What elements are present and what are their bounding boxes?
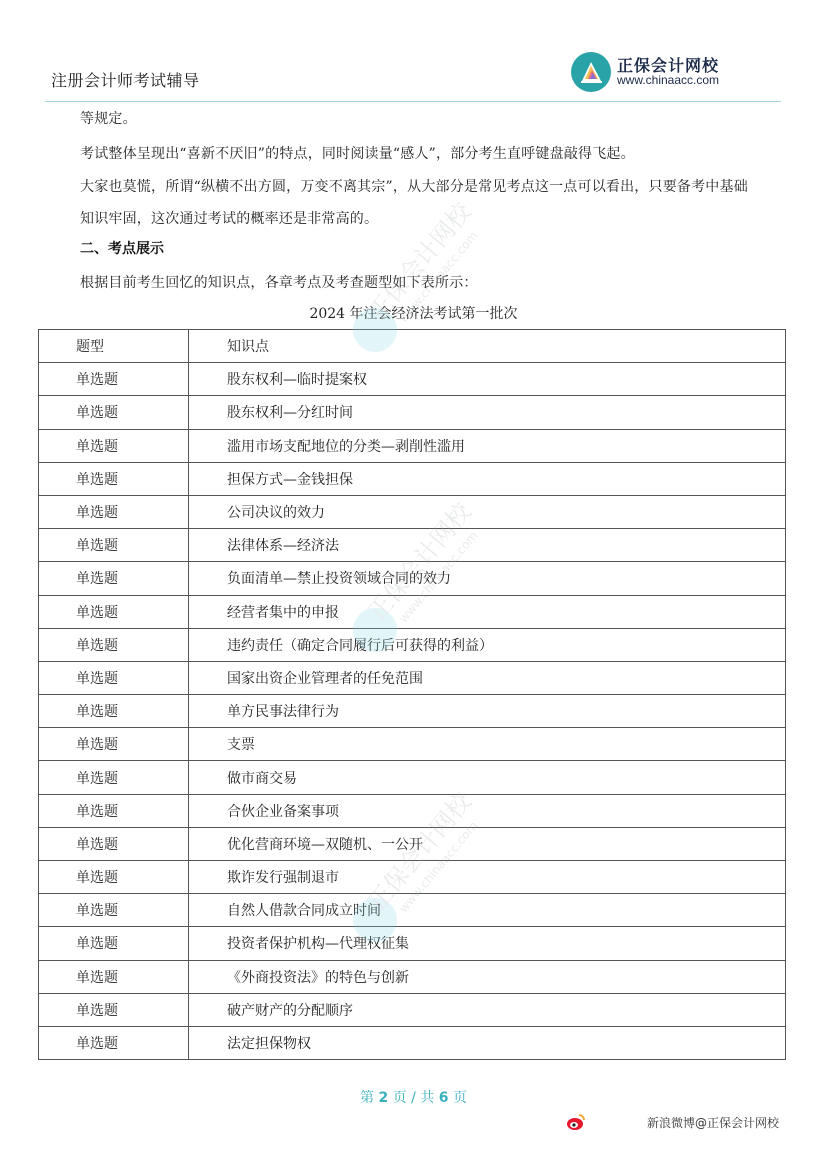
paragraph: 考试整体呈现出“喜新不厌旧”的特点，同时阅读量“感人”，部分考生直呼键盘敲得飞起… [80,143,635,163]
paragraph: 大家也莫慌，所谓“纵横不出方圆，万变不离其宗”，从大部分是常见考点这一点可以看出… [80,176,748,196]
intro-text: 根据目前考生回忆的知识点，各章考点及考查题型如下表所示： [80,272,478,292]
question-type-cell: 单选题 [39,827,189,860]
brand-logo: 正保会计网校 www.chinaacc.com [571,52,719,92]
table-row: 单选题支票 [39,728,786,761]
current-page: 2 [378,1090,388,1106]
knowledge-point-cell: 合伙企业备案事项 [189,794,786,827]
table-row: 单选题投资者保护机构—代理权征集 [39,927,786,960]
logo-name: 正保会计网校 [617,57,719,75]
question-type-cell: 单选题 [39,1026,189,1059]
logo-url: www.chinaacc.com [617,74,719,87]
knowledge-point-cell: 股东权利—分红时间 [189,396,786,429]
table-row: 单选题法定担保物权 [39,1026,786,1059]
table-row: 单选题股东权利—分红时间 [39,396,786,429]
question-type-cell: 单选题 [39,728,189,761]
question-type-cell: 单选题 [39,960,189,993]
knowledge-point-cell: 法律体系—经济法 [189,529,786,562]
weibo-icon [566,1113,586,1131]
table-row: 单选题国家出资企业管理者的任免范围 [39,661,786,694]
knowledge-point-cell: 欺诈发行强制退市 [189,861,786,894]
table-caption: 2024 年注会经济法考试第一批次 [0,303,827,323]
question-type-cell: 单选题 [39,595,189,628]
knowledge-point-cell: 负面清单—禁止投资领域合同的效力 [189,562,786,595]
table-row: 单选题欺诈发行强制退市 [39,861,786,894]
header-cell-knowledge-point: 知识点 [189,330,786,363]
knowledge-point-table: 题型 知识点 单选题股东权利—临时提案权单选题股东权利—分红时间单选题滥用市场支… [38,329,786,1060]
knowledge-point-cell: 违约责任（确定合同履行后可获得的利益） [189,628,786,661]
weibo-label: 新浪微博@正保会计网校 [647,1114,779,1131]
question-type-cell: 单选题 [39,562,189,595]
table-row: 单选题法律体系—经济法 [39,529,786,562]
question-type-cell: 单选题 [39,363,189,396]
header-divider [45,101,781,102]
knowledge-point-cell: 股东权利—临时提案权 [189,363,786,396]
knowledge-point-cell: 《外商投资法》的特色与创新 [189,960,786,993]
table-header-row: 题型 知识点 [39,330,786,363]
knowledge-point-cell: 国家出资企业管理者的任免范围 [189,661,786,694]
question-type-cell: 单选题 [39,861,189,894]
question-type-cell: 单选题 [39,993,189,1026]
knowledge-point-cell: 法定担保物权 [189,1026,786,1059]
table-row: 单选题负面清单—禁止投资领域合同的效力 [39,562,786,595]
question-type-cell: 单选题 [39,695,189,728]
question-type-cell: 单选题 [39,927,189,960]
table-row: 单选题公司决议的效力 [39,495,786,528]
question-type-cell: 单选题 [39,794,189,827]
question-type-cell: 单选题 [39,495,189,528]
question-type-cell: 单选题 [39,529,189,562]
header-cell-type: 题型 [39,330,189,363]
table-row: 单选题合伙企业备案事项 [39,794,786,827]
table-row: 单选题破产财产的分配顺序 [39,993,786,1026]
question-type-cell: 单选题 [39,396,189,429]
paragraph: 等规定。 [80,108,137,128]
knowledge-point-cell: 担保方式—金钱担保 [189,462,786,495]
question-type-cell: 单选题 [39,894,189,927]
table-row: 单选题经营者集中的申报 [39,595,786,628]
knowledge-point-cell: 支票 [189,728,786,761]
logo-icon [571,52,611,92]
section-heading: 二、考点展示 [80,238,164,258]
question-type-cell: 单选题 [39,429,189,462]
question-type-cell: 单选题 [39,761,189,794]
question-type-cell: 单选题 [39,462,189,495]
knowledge-point-cell: 投资者保护机构—代理权征集 [189,927,786,960]
knowledge-point-cell: 自然人借款合同成立时间 [189,894,786,927]
paragraph: 知识牢固，这次通过考试的概率还是非常高的。 [80,208,378,228]
knowledge-point-cell: 破产财产的分配顺序 [189,993,786,1026]
question-type-cell: 单选题 [39,661,189,694]
table-row: 单选题优化营商环境—双随机、一公开 [39,827,786,860]
table-row: 单选题股东权利—临时提案权 [39,363,786,396]
question-type-cell: 单选题 [39,628,189,661]
table-row: 单选题单方民事法律行为 [39,695,786,728]
knowledge-point-cell: 滥用市场支配地位的分类—剥削性滥用 [189,429,786,462]
knowledge-point-cell: 经营者集中的申报 [189,595,786,628]
table-row: 单选题担保方式—金钱担保 [39,462,786,495]
page-indicator: 第 2 页 / 共 6 页 [0,1087,827,1107]
table-row: 单选题自然人借款合同成立时间 [39,894,786,927]
knowledge-point-cell: 做市商交易 [189,761,786,794]
knowledge-point-cell: 单方民事法律行为 [189,695,786,728]
table-row: 单选题做市商交易 [39,761,786,794]
knowledge-point-cell: 优化营商环境—双随机、一公开 [189,827,786,860]
knowledge-point-cell: 公司决议的效力 [189,495,786,528]
table-row: 单选题滥用市场支配地位的分类—剥削性滥用 [39,429,786,462]
table-row: 单选题《外商投资法》的特色与创新 [39,960,786,993]
table-row: 单选题违约责任（确定合同履行后可获得的利益） [39,628,786,661]
header-title: 注册会计师考试辅导 [51,68,200,91]
total-pages: 6 [439,1090,449,1106]
